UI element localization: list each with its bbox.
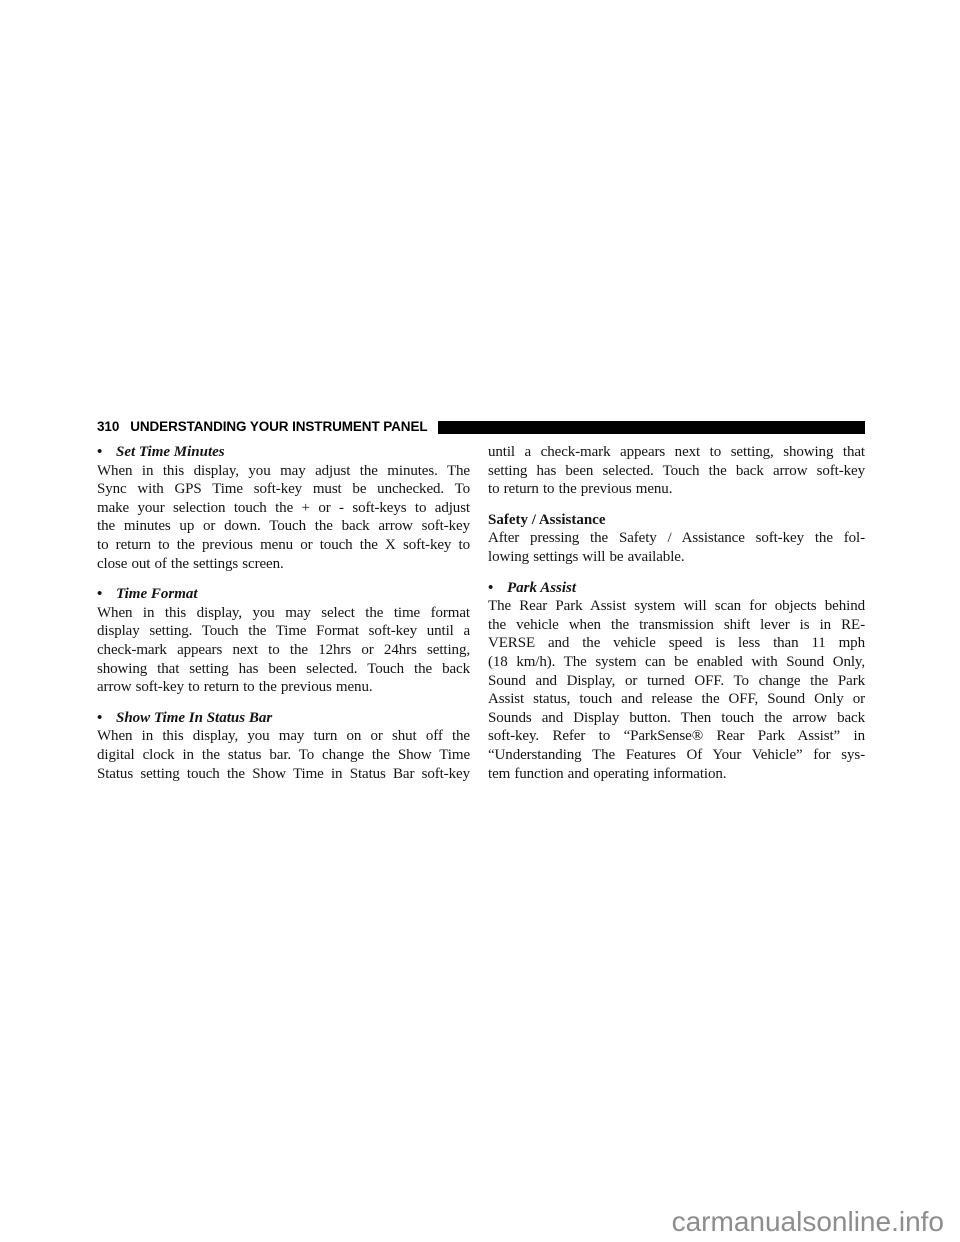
- bullet-icon: •: [488, 579, 507, 598]
- section-heading-label: Safety / Assistance: [488, 512, 606, 528]
- text-line: Status setting touch the Show Time in St…: [97, 765, 470, 784]
- text-line: make your selection touch the + or - sof…: [97, 499, 470, 518]
- text-line: When in this display, you may adjust the…: [97, 462, 470, 481]
- text-line: setting has been selected. Touch the bac…: [488, 462, 865, 481]
- section-heading: •Show Time In Status Bar: [97, 709, 470, 728]
- section-heading: •Set Time Minutes: [97, 443, 470, 462]
- section-heading-label: Set Time Minutes: [116, 444, 225, 460]
- text-line: showing that setting has been selected. …: [97, 660, 470, 679]
- section-heading-label: Show Time In Status Bar: [116, 710, 272, 726]
- text-line: tem function and operating information.: [488, 765, 865, 784]
- section-heading: •Time Format: [97, 585, 470, 604]
- two-column-text: •Set Time MinutesWhen in this display, y…: [97, 443, 865, 783]
- text-line: “Understanding The Features Of Your Vehi…: [488, 746, 865, 765]
- text-line: When in this display, you may select the…: [97, 604, 470, 623]
- text-line: arrow soft-key to return to the previous…: [97, 678, 470, 697]
- manual-page: 310 UNDERSTANDING YOUR INSTRUMENT PANEL …: [0, 0, 960, 1242]
- text-line: Assist status, touch and release the OFF…: [488, 690, 865, 709]
- manual-section: Safety / AssistanceAfter pressing the Sa…: [488, 511, 865, 567]
- section-heading-label: Park Assist: [507, 580, 576, 596]
- column-right: until a check-mark appears next to setti…: [488, 443, 865, 783]
- text-line: After pressing the Safety / Assistance s…: [488, 529, 865, 548]
- text-line: The Rear Park Assist system will scan fo…: [488, 597, 865, 616]
- manual-section: •Show Time In Status BarWhen in this dis…: [97, 709, 470, 783]
- text-line: digital clock in the status bar. To chan…: [97, 746, 470, 765]
- manual-section: •Set Time MinutesWhen in this display, y…: [97, 443, 470, 573]
- text-line: Sync with GPS Time soft-key must be unch…: [97, 480, 470, 499]
- text-line: check-mark appears next to the 12hrs or …: [97, 641, 470, 660]
- page-content: 310 UNDERSTANDING YOUR INSTRUMENT PANEL …: [97, 420, 865, 783]
- manual-section: •Time FormatWhen in this display, you ma…: [97, 585, 470, 697]
- watermark: carmanualsonline.info: [672, 1207, 944, 1237]
- manual-section: until a check-mark appears next to setti…: [488, 443, 865, 499]
- text-line: until a check-mark appears next to setti…: [488, 443, 865, 462]
- text-line: Sound and Display, or turned OFF. To cha…: [488, 672, 865, 691]
- text-line: the minutes up or down. Touch the back a…: [97, 517, 470, 536]
- text-line: display setting. Touch the Time Format s…: [97, 622, 470, 641]
- section-heading-label: Time Format: [116, 586, 198, 602]
- page-title: UNDERSTANDING YOUR INSTRUMENT PANEL: [130, 420, 427, 434]
- text-line: to return to the previous menu or touch …: [97, 536, 470, 555]
- bullet-icon: •: [97, 585, 116, 604]
- text-line: close out of the settings screen.: [97, 555, 470, 574]
- text-line: soft-key. Refer to “ParkSense® Rear Park…: [488, 727, 865, 746]
- bullet-icon: •: [97, 443, 116, 462]
- manual-section: •Park AssistThe Rear Park Assist system …: [488, 579, 865, 784]
- text-line: (18 km/h). The system can be enabled wit…: [488, 653, 865, 672]
- page-number: 310: [97, 420, 119, 434]
- section-heading: Safety / Assistance: [488, 511, 865, 530]
- page-header: 310 UNDERSTANDING YOUR INSTRUMENT PANEL: [97, 420, 865, 434]
- header-rule-bar: [438, 421, 866, 434]
- column-left: •Set Time MinutesWhen in this display, y…: [97, 443, 470, 783]
- section-heading: •Park Assist: [488, 579, 865, 598]
- text-line: lowing settings will be available.: [488, 548, 865, 567]
- text-line: VERSE and the vehicle speed is less than…: [488, 634, 865, 653]
- bullet-icon: •: [97, 709, 116, 728]
- text-line: to return to the previous menu.: [488, 480, 865, 499]
- text-line: Sounds and Display button. Then touch th…: [488, 709, 865, 728]
- text-line: the vehicle when the transmission shift …: [488, 616, 865, 635]
- text-line: When in this display, you may turn on or…: [97, 727, 470, 746]
